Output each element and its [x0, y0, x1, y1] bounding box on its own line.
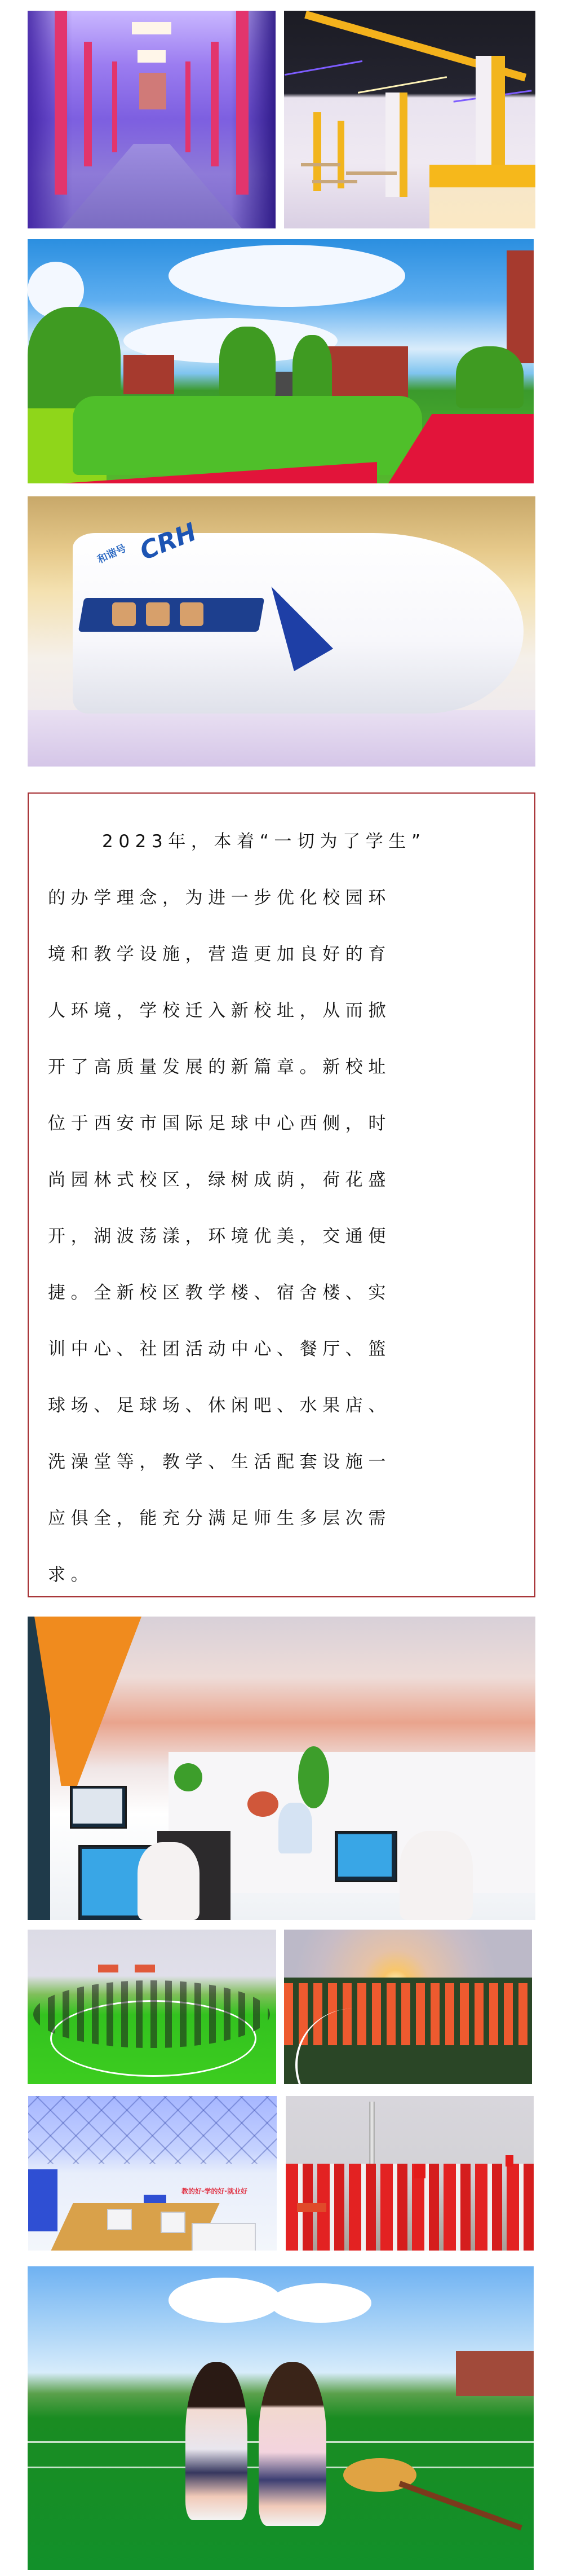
trees — [219, 327, 276, 400]
article-line: 训中心、社团活动中心、餐厅、篮 — [48, 1338, 517, 1360]
yellow-pillar — [313, 112, 321, 191]
student — [400, 1831, 473, 1920]
national-flag — [414, 2164, 425, 2178]
cloud — [169, 245, 405, 307]
student-right — [259, 2362, 326, 2526]
lab-monitor — [161, 2212, 185, 2233]
dining-table — [301, 163, 340, 166]
blue-wall-panel — [28, 2169, 57, 2231]
lab-monitor — [107, 2209, 132, 2230]
neon-light — [285, 60, 362, 76]
yellow-pillar — [400, 93, 407, 197]
article-line: 应俱全，能充分满足师生多层次需 — [48, 1507, 517, 1530]
training-floor — [28, 710, 535, 767]
article-line: 球场、足球场、休闲吧、水果店、 — [48, 1394, 517, 1417]
student — [138, 1842, 200, 1920]
ceiling-grid — [28, 2096, 277, 2164]
red-pillar — [185, 61, 190, 152]
article-line: 求。 — [48, 1564, 517, 1586]
red-pillar — [236, 11, 249, 195]
red-pillar — [211, 42, 219, 166]
article-line: 境和教学设施，营造更加良好的育 — [48, 943, 517, 966]
train-window — [146, 602, 170, 626]
dining-table — [346, 171, 397, 175]
tube-light — [358, 76, 447, 94]
orange-ceiling-panel — [34, 1617, 141, 1786]
photo-flag-ceremony — [286, 2096, 534, 2251]
dining-table — [312, 180, 357, 183]
guitar-neck — [398, 2481, 522, 2530]
white-pillar — [385, 93, 400, 197]
article-line: 2023年，本着“一切为了学生” — [102, 830, 517, 853]
monitor-screen — [73, 1789, 122, 1824]
white-pillar — [476, 56, 491, 169]
brick-building — [123, 355, 174, 394]
photo-athletes-sunset — [284, 1930, 532, 2084]
field-banner — [135, 1965, 155, 1972]
potted-plant — [247, 1791, 278, 1817]
student-left — [185, 2362, 247, 2520]
train-window — [112, 602, 136, 626]
red-pillar — [112, 61, 117, 152]
article-line: 洗澡堂等，教学、生活配套设施一 — [48, 1451, 517, 1473]
photo-computer-lab: 教的好·学的好·就业好 — [28, 2096, 277, 2251]
intro-text-box: 2023年，本着“一切为了学生” 的办学理念，为进一步优化校园环 境和教学设施，… — [28, 792, 535, 1597]
article-line: 位于西安市国际足球中心西侧，时 — [48, 1112, 517, 1135]
article-line: 的办学理念，为进一步优化校园环 — [48, 887, 517, 909]
photo-students-lawn — [28, 2266, 534, 2570]
students-group — [33, 1980, 270, 2048]
cloud — [169, 2278, 281, 2323]
brick-building — [456, 2351, 534, 2396]
photo-high-speed-train: 和谐号 CRH — [28, 496, 535, 767]
yellow-pillar — [338, 121, 344, 188]
trees — [292, 335, 332, 403]
photo-campus-garden — [28, 239, 534, 483]
photo-corridor — [28, 11, 276, 228]
ceiling-light — [132, 22, 171, 34]
article-line: 开了高质量发展的新篇章。新校址 — [48, 1056, 517, 1078]
field-banner — [98, 1965, 118, 1972]
potted-plant — [298, 1746, 329, 1808]
red-pillar — [55, 11, 67, 195]
article-line: 人环境，学校迁入新校址，从而掀 — [48, 999, 517, 1022]
service-counter — [429, 165, 535, 228]
field-banner — [297, 2203, 326, 2212]
ceiling-light — [138, 50, 166, 63]
photo-students-circle — [28, 1930, 276, 2084]
train-window — [180, 602, 203, 626]
student — [278, 1803, 312, 1853]
corridor-end-door — [139, 73, 166, 109]
lab-slogan: 教的好·学的好·就业好 — [181, 2186, 247, 2196]
brick-building — [507, 250, 534, 363]
red-pillar — [84, 42, 92, 166]
article-line: 开，湖波荡漾，环境优美，交通便 — [48, 1225, 517, 1248]
trees — [456, 346, 524, 408]
potted-plant — [174, 1763, 202, 1791]
article-line: 捷。全新校区教学楼、宿舍楼、实 — [48, 1282, 517, 1304]
lab-monitor — [192, 2223, 256, 2251]
article-line: 尚园林式校区，绿树成荫，荷花盛 — [48, 1169, 517, 1191]
yellow-pillar — [491, 56, 505, 169]
train-window-strip — [78, 598, 265, 632]
monitor-screen — [338, 1834, 392, 1877]
cloud — [270, 2283, 371, 2323]
national-flag — [506, 2155, 513, 2167]
photo-canteen — [284, 11, 535, 228]
photo-computer-room — [28, 1617, 535, 1920]
